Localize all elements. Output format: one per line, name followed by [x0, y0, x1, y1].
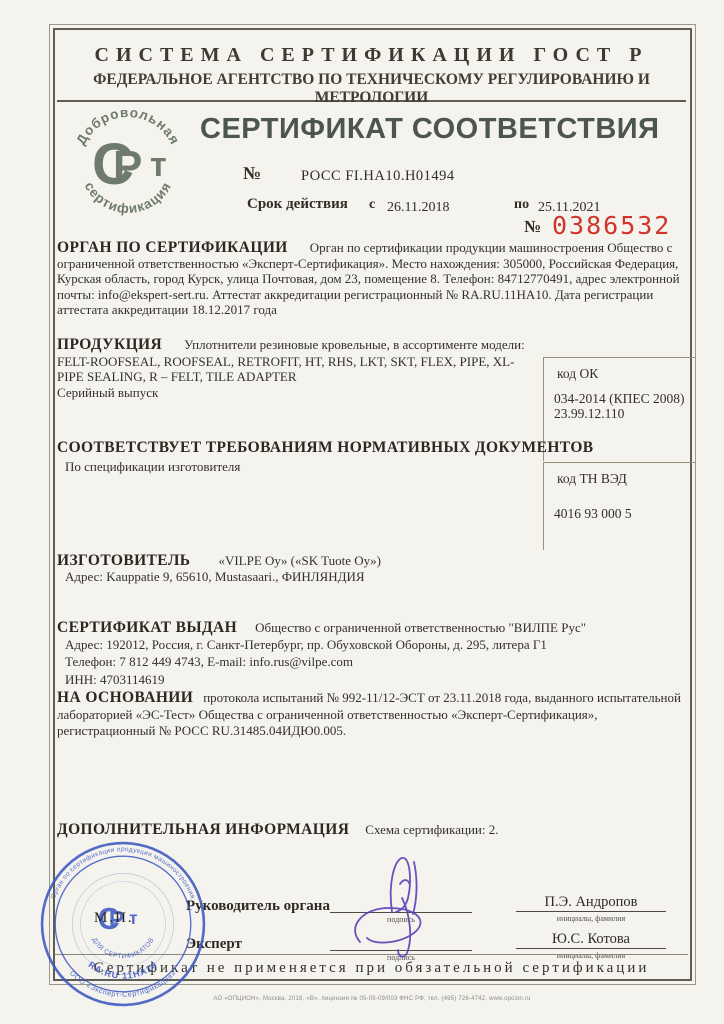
cert-number-value: РОСС FI.HA10.H01494 [301, 168, 455, 185]
expert-signature-ink [355, 898, 420, 957]
expert-name: Ю.С. Котова [516, 931, 666, 948]
head-name: П.Э. Андропов [516, 894, 666, 911]
code-ok-label: код ОК [557, 366, 696, 382]
head-name-caption: инициалы, фамилия [516, 914, 666, 923]
header-line1: СИСТЕМА СЕРТИФИКАЦИИ ГОСТ Р [57, 44, 686, 67]
compliance-heading: СООТВЕТСТВУЕТ ТРЕБОВАНИЯМ НОРМАТИВНЫХ ДО… [57, 440, 690, 456]
issued-to-name: Общество с ограниченной ответственностью… [255, 620, 586, 635]
validity-from-label: с [369, 197, 375, 213]
form-number-value: 0386532 [552, 211, 671, 240]
code-ok-value-1: 034-2014 (КПЕС 2008) [554, 391, 696, 406]
seal-ring-text-top: Орган по сертификации продукции машиност… [50, 846, 196, 900]
product-heading: ПРОДУКЦИЯ [57, 336, 162, 353]
section-issued-to: СЕРТИФИКАТ ВЫДАНОбщество с ограниченной … [57, 620, 690, 688]
handwritten-signatures [330, 850, 490, 965]
product-intro: Уплотнители резиновые кровельные, в ассо… [184, 337, 525, 352]
head-name-line [516, 911, 666, 912]
code-tnved-value: 4016 93 000 5 [554, 506, 696, 521]
seal-inner-text: ДЛЯ СЕРТИФИКАТОВ [90, 936, 155, 960]
logo-mark-t: т [150, 146, 167, 184]
issued-to-phone: Телефон: 7 812 449 4743, E-mail: info.ru… [57, 653, 690, 671]
product-models: FELT-ROOFSEAL, ROOFSEAL, RETROFIT, HT, R… [57, 354, 525, 385]
svg-text:ДЛЯ СЕРТИФИКАТОВ: ДЛЯ СЕРТИФИКАТОВ [90, 936, 155, 960]
section-additional-info: ДОПОЛНИТЕЛЬНАЯ ИНФОРМАЦИЯСхема сертифика… [57, 822, 690, 838]
issued-to-inn: ИНН: 4703114619 [57, 671, 690, 689]
manufacturer-name: «VILPE Oy» («SK Tuote Oy») [218, 553, 381, 568]
validity-to-label: по [514, 197, 529, 213]
expert-name-line [516, 948, 666, 949]
validity-label: Срок действия [247, 196, 348, 213]
rst-logo: Добровольная сертификация С Р т [58, 100, 200, 226]
manufacturer-address: Адрес: Kauppatie 9, 65610, Mustasaari., … [57, 569, 690, 585]
mp-stamp-place-label: М.П. [94, 910, 134, 927]
certification-body-heading: ОРГАН ПО СЕРТИФИКАЦИИ [57, 239, 288, 256]
issued-to-heading: СЕРТИФИКАТ ВЫДАН [57, 619, 237, 636]
svg-text:RA.RU 11HA10: RA.RU 11HA10 [86, 959, 159, 980]
manufacturer-heading: ИЗГОТОВИТЕЛЬ [57, 552, 190, 569]
code-tnved-box: код ТН ВЭД 4016 93 000 5 [543, 462, 696, 550]
logo-mark-r: Р [113, 142, 142, 191]
code-ok-value-2: 23.99.12.110 [554, 406, 696, 421]
svg-text:Орган по сертификации продукци: Орган по сертификации продукции машиност… [50, 846, 196, 900]
head-signature-ink [391, 858, 417, 914]
document-title: СЕРТИФИКАТ СООТВЕТСТВИЯ [200, 113, 692, 146]
validity-date-from: 26.11.2018 [387, 200, 449, 216]
header: СИСТЕМА СЕРТИФИКАЦИИ ГОСТ Р ФЕДЕРАЛЬНОЕ … [57, 32, 686, 102]
seal-reg-number-text: RA.RU 11HA10 [86, 959, 159, 980]
section-basis: НА ОСНОВАНИИпротокола испытаний № 992-11… [57, 690, 690, 740]
issued-to-address: Адрес: 192012, Россия, г. Санкт-Петербур… [57, 636, 690, 654]
cert-number-label: № [243, 163, 261, 184]
certificate-page: СИСТЕМА СЕРТИФИКАЦИИ ГОСТ Р ФЕДЕРАЛЬНОЕ … [0, 0, 724, 1024]
additional-info-text: Схема сертификации: 2. [365, 822, 498, 837]
additional-info-heading: ДОПОЛНИТЕЛЬНАЯ ИНФОРМАЦИЯ [57, 821, 349, 838]
form-number-label: № [524, 217, 541, 237]
basis-heading: НА ОСНОВАНИИ [57, 689, 193, 706]
section-certification-body: ОРГАН ПО СЕРТИФИКАЦИИОрган по сертификац… [57, 240, 690, 318]
code-tnved-label: код ТН ВЭД [557, 471, 696, 487]
section-manufacturer: ИЗГОТОВИТЕЛЬ«VILPE Oy» («SK Tuote Oy») А… [57, 553, 690, 584]
